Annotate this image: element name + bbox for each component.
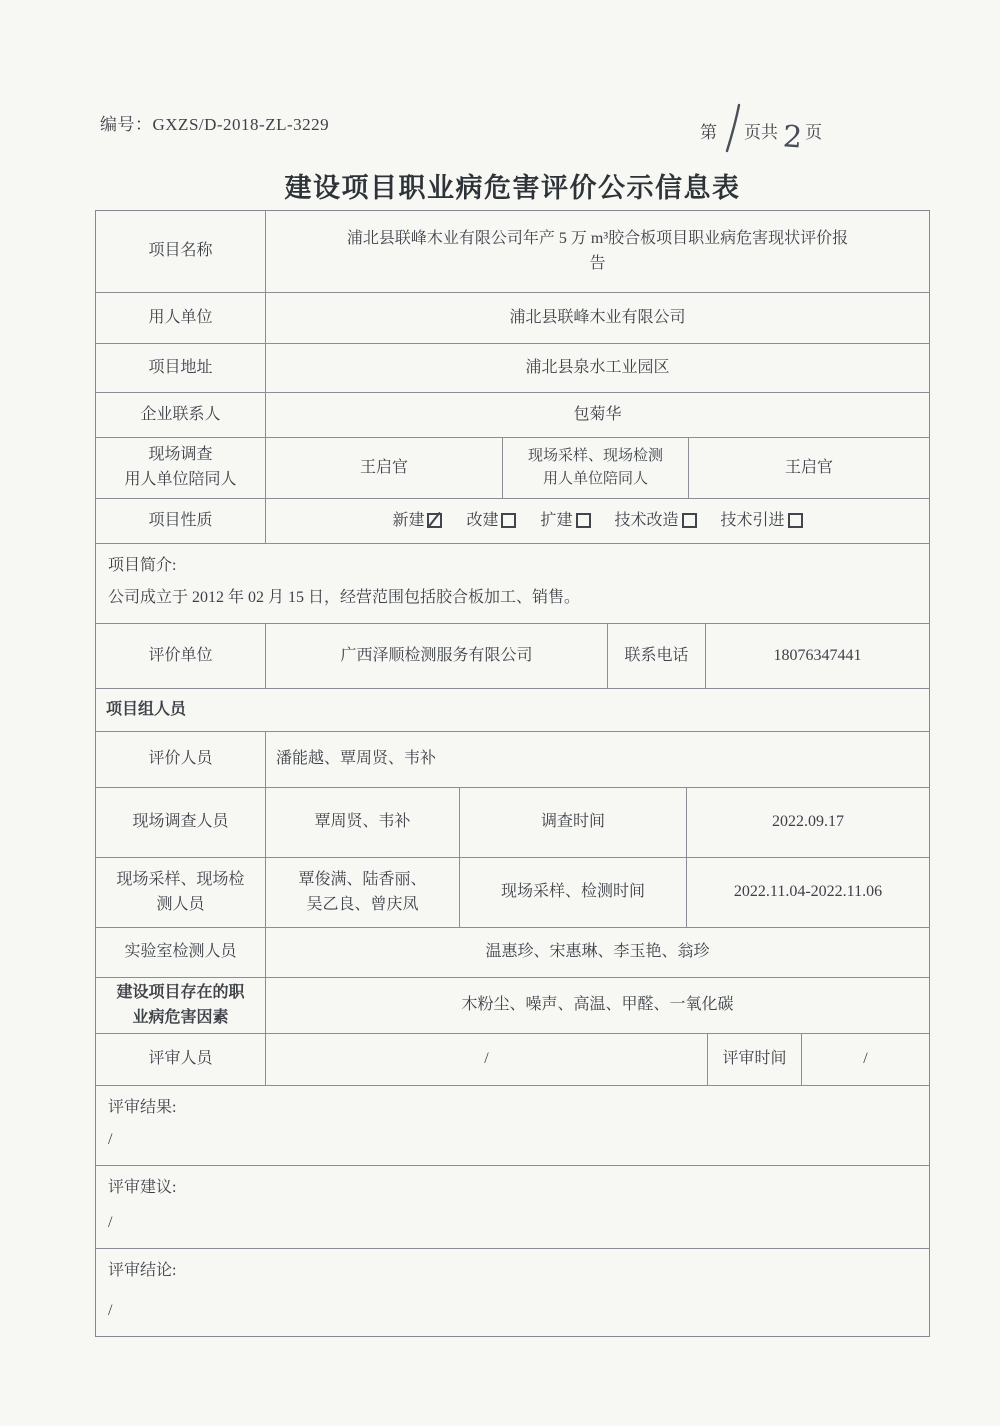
project-nature-label: 项目性质 bbox=[96, 499, 266, 543]
nature-option-expand-label: 扩建 bbox=[540, 509, 572, 534]
site-survey-value: 覃周贤、韦补 bbox=[266, 788, 460, 857]
nature-option-expand: 扩建 bbox=[540, 509, 590, 534]
lab-testers-label: 实验室检测人员 bbox=[96, 928, 266, 977]
table-row-escort: 现场调查 用人单位陪同人 王启官 现场采样、现场检测 用人单位陪同人 王启官 bbox=[96, 438, 929, 499]
escort-sampling-label: 现场采样、现场检测 用人单位陪同人 bbox=[503, 438, 689, 498]
checkbox-icon bbox=[682, 513, 697, 528]
project-intro-label: 项目简介: bbox=[108, 554, 176, 579]
page-indicator-suffix: 页 bbox=[805, 118, 822, 149]
site-survey-label: 现场调查人员 bbox=[96, 788, 266, 857]
nature-option-rebuild-label: 改建 bbox=[466, 509, 498, 534]
lab-testers-value: 温惠珍、宋惠琳、李玉艳、翁珍 bbox=[266, 928, 929, 977]
table-row-project-address: 项目地址 浦北县泉水工业园区 bbox=[96, 344, 929, 393]
evaluators-value: 潘能越、覃周贤、韦补 bbox=[266, 732, 929, 787]
table-row-team-section: 项目组人员 bbox=[96, 689, 929, 732]
handwritten-total-pages: 2 bbox=[782, 122, 803, 153]
checkbox-icon bbox=[501, 513, 516, 528]
evaluators-label: 评价人员 bbox=[96, 732, 266, 787]
table-row-evaluation-org: 评价单位 广西泽顺检测服务有限公司 联系电话 18076347441 bbox=[96, 624, 929, 689]
scanned-document-page: 编号：GXZS/D-2018-ZL-3229 第 页共 2 页 建设项目职业病危… bbox=[0, 0, 1000, 1426]
review-conclusion-cell: 评审结论: / bbox=[96, 1249, 929, 1336]
table-row-company-contact: 企业联系人 包菊华 bbox=[96, 393, 929, 438]
table-row-sampling: 现场采样、现场检 测人员 覃俊满、陆香丽、 吴乙良、曾庆凤 现场采样、检测时间 … bbox=[96, 858, 929, 928]
handwritten-page-number bbox=[723, 102, 743, 159]
company-contact-label: 企业联系人 bbox=[96, 393, 266, 437]
sampling-label: 现场采样、现场检 测人员 bbox=[96, 858, 266, 927]
employer-label: 用人单位 bbox=[96, 293, 266, 343]
review-suggestion-label: 评审建议: bbox=[108, 1176, 176, 1201]
info-table: 项目名称 浦北县联峰木业有限公司年产 5 万 m³胶合板项目职业病危害现状评价报… bbox=[95, 210, 930, 1337]
review-time-label: 评审时间 bbox=[708, 1034, 802, 1085]
page-indicator-prefix: 第 bbox=[700, 118, 717, 149]
sampling-time-value: 2022.11.04-2022.11.06 bbox=[687, 858, 929, 927]
phone-value: 18076347441 bbox=[706, 624, 929, 688]
table-row-project-intro: 项目简介: 公司成立于 2012 年 02 月 15 日，经营范围包括胶合板加工… bbox=[96, 544, 929, 624]
nature-option-tech-upgrade: 技术改造 bbox=[615, 509, 697, 534]
sampling-value: 覃俊满、陆香丽、 吴乙良、曾庆凤 bbox=[266, 858, 460, 927]
checkbox-icon bbox=[576, 513, 591, 528]
review-suggestion-value: / bbox=[108, 1211, 112, 1236]
doc-number: 编号：GXZS/D-2018-ZL-3229 bbox=[100, 110, 329, 135]
review-suggestion-cell: 评审建议: / bbox=[96, 1166, 929, 1248]
escort-survey-value: 王启官 bbox=[266, 438, 503, 498]
table-row-site-survey: 现场调查人员 覃周贤、韦补 调查时间 2022.09.17 bbox=[96, 788, 929, 858]
nature-option-new: 新建 bbox=[392, 509, 442, 534]
document-title: 建设项目职业病危害评价公示信息表 bbox=[95, 166, 930, 205]
table-row-employer: 用人单位 浦北县联峰木业有限公司 bbox=[96, 293, 929, 344]
project-nature-options: 新建 改建 扩建 技术改造 bbox=[266, 499, 929, 543]
hazards-value: 木粉尘、噪声、高温、甲醛、一氧化碳 bbox=[266, 978, 929, 1033]
employer-value: 浦北县联峰木业有限公司 bbox=[266, 293, 929, 343]
table-row-review-suggestion: 评审建议: / bbox=[96, 1166, 929, 1249]
escort-sampling-value: 王启官 bbox=[689, 438, 929, 498]
nature-option-tech-import-label: 技术引进 bbox=[721, 509, 785, 534]
survey-time-label: 调查时间 bbox=[460, 788, 687, 857]
evaluation-org-label: 评价单位 bbox=[96, 624, 266, 688]
page-indicator-infix: 页共 bbox=[744, 118, 778, 149]
table-row-hazards: 建设项目存在的职 业病危害因素 木粉尘、噪声、高温、甲醛、一氧化碳 bbox=[96, 978, 929, 1034]
project-intro-value: 公司成立于 2012 年 02 月 15 日，经营范围包括胶合板加工、销售。 bbox=[108, 586, 580, 611]
nature-option-rebuild: 改建 bbox=[466, 509, 516, 534]
review-conclusion-label: 评审结论: bbox=[108, 1259, 176, 1284]
evaluation-org-value: 广西泽顺检测服务有限公司 bbox=[266, 624, 608, 688]
table-row-review-result: 评审结果: / bbox=[96, 1086, 929, 1166]
sampling-time-label: 现场采样、检测时间 bbox=[460, 858, 687, 927]
review-result-label: 评审结果: bbox=[108, 1096, 176, 1121]
review-time-value: / bbox=[802, 1034, 929, 1085]
hazards-label: 建设项目存在的职 业病危害因素 bbox=[96, 978, 266, 1033]
project-address-label: 项目地址 bbox=[96, 344, 266, 392]
table-row-project-name: 项目名称 浦北县联峰木业有限公司年产 5 万 m³胶合板项目职业病危害现状评价报… bbox=[96, 211, 929, 293]
company-contact-value: 包菊华 bbox=[266, 393, 929, 437]
review-personnel-label: 评审人员 bbox=[96, 1034, 266, 1085]
team-section-header: 项目组人员 bbox=[96, 689, 929, 731]
page-indicator: 第 页共 2 页 bbox=[700, 102, 822, 149]
project-name-label: 项目名称 bbox=[96, 211, 266, 292]
table-row-lab-testers: 实验室检测人员 温惠珍、宋惠琳、李玉艳、翁珍 bbox=[96, 928, 929, 978]
review-conclusion-value: / bbox=[108, 1299, 112, 1324]
checkbox-checked-icon bbox=[427, 513, 442, 528]
review-personnel-value: / bbox=[266, 1034, 708, 1085]
escort-survey-label: 现场调查 用人单位陪同人 bbox=[96, 438, 266, 498]
nature-option-new-label: 新建 bbox=[392, 509, 424, 534]
handwritten-one-stroke-icon bbox=[723, 102, 743, 154]
project-name-value: 浦北县联峰木业有限公司年产 5 万 m³胶合板项目职业病危害现状评价报 告 bbox=[266, 211, 929, 292]
nature-option-tech-import: 技术引进 bbox=[721, 509, 803, 534]
project-address-value: 浦北县泉水工业园区 bbox=[266, 344, 929, 392]
review-result-value: / bbox=[108, 1128, 112, 1153]
review-result-cell: 评审结果: / bbox=[96, 1086, 929, 1165]
table-row-review-conclusion: 评审结论: / bbox=[96, 1249, 929, 1336]
phone-label: 联系电话 bbox=[608, 624, 706, 688]
table-row-review-personnel: 评审人员 / 评审时间 / bbox=[96, 1034, 929, 1086]
survey-time-value: 2022.09.17 bbox=[687, 788, 929, 857]
nature-option-tech-upgrade-label: 技术改造 bbox=[615, 509, 679, 534]
checkbox-icon bbox=[788, 513, 803, 528]
table-row-evaluators: 评价人员 潘能越、覃周贤、韦补 bbox=[96, 732, 929, 788]
table-row-project-nature: 项目性质 新建 改建 扩建 技术改造 bbox=[96, 499, 929, 544]
project-intro-cell: 项目简介: 公司成立于 2012 年 02 月 15 日，经营范围包括胶合板加工… bbox=[96, 544, 929, 623]
